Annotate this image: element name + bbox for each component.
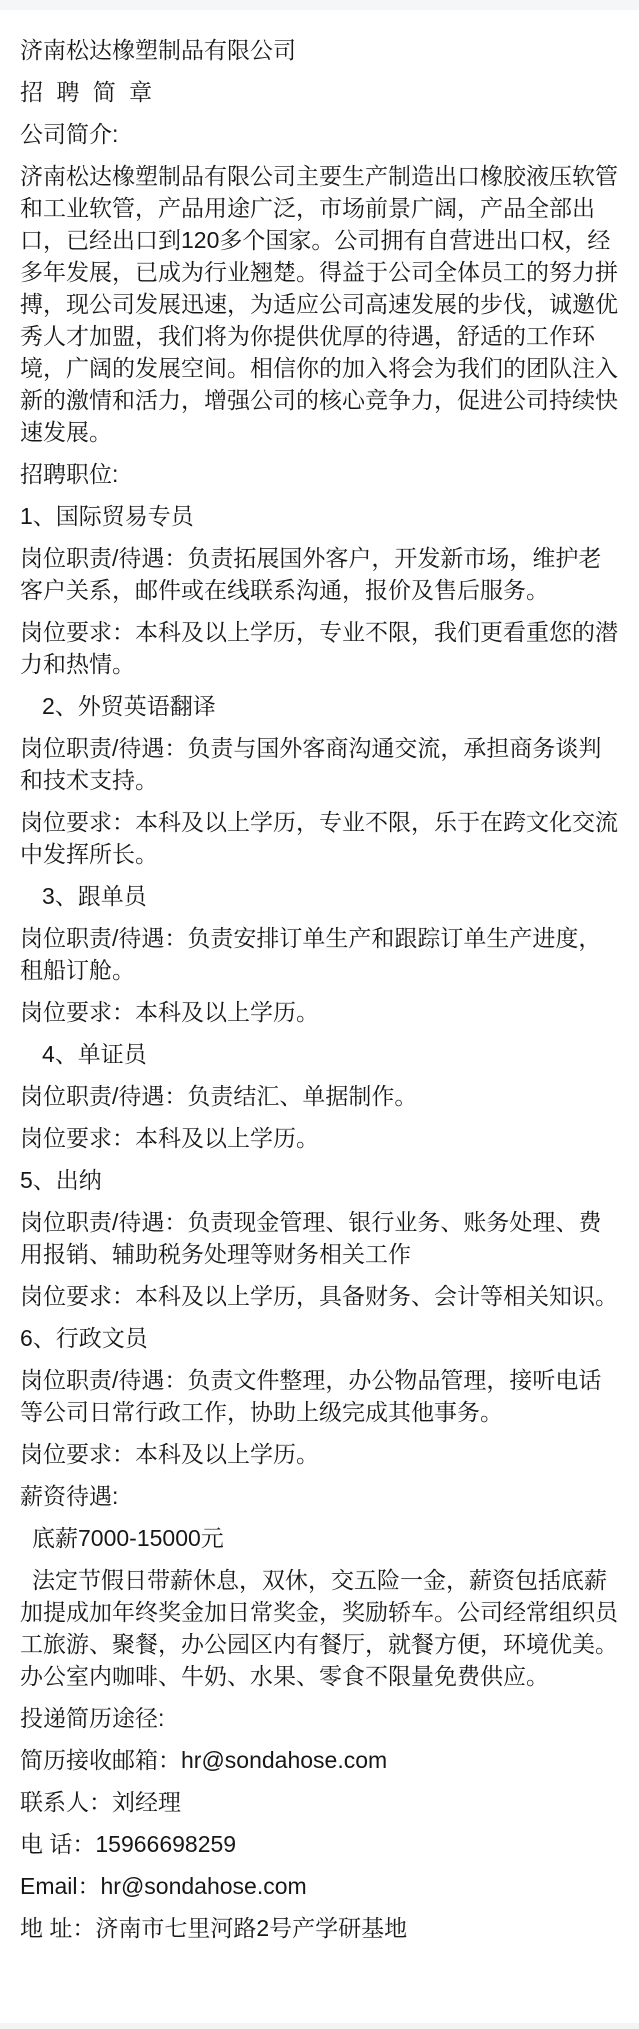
job-title: 3、跟单员 [20, 880, 619, 912]
company-name: 济南松达橡塑制品有限公司 [20, 34, 619, 66]
job-duty: 岗位职责/待遇：负责与国外客商沟通交流，承担商务谈判和技术支持。 [20, 732, 619, 796]
job-requirement: 岗位要求：本科及以上学历。 [20, 1122, 619, 1154]
resume-email-line: 简历接收邮箱：hr@sondahose.com [20, 1744, 619, 1776]
job-title: 6、行政文员 [20, 1322, 619, 1354]
job-requirement: 岗位要求：本科及以上学历，专业不限，我们更看重您的潜力和热情。 [20, 616, 619, 680]
job-listing-4: 4、单证员 岗位职责/待遇：负责结汇、单据制作。 岗位要求：本科及以上学历。 [20, 1038, 619, 1154]
job-listing-6: 6、行政文员 岗位职责/待遇：负责文件整理，办公物品管理，接听电话等公司日常行政… [20, 1322, 619, 1470]
job-requirement: 岗位要求：本科及以上学历，具备财务、会计等相关知识。 [20, 1280, 619, 1312]
job-duty: 岗位职责/待遇：负责结汇、单据制作。 [20, 1080, 619, 1112]
document-body: 济南松达橡塑制品有限公司 招 聘 简 章 公司简介: 济南松达橡塑制品有限公司主… [0, 10, 639, 1954]
job-listing-3: 3、跟单员 岗位职责/待遇：负责安排订单生产和跟踪订单生产进度，租船订舱。 岗位… [20, 880, 619, 1028]
job-duty: 岗位职责/待遇：负责现金管理、银行业务、账务处理、费用报销、辅助税务处理等财务相… [20, 1206, 619, 1270]
phone-line: 电 话：15966698259 [20, 1828, 619, 1860]
job-title: 2、外贸英语翻译 [20, 690, 619, 722]
salary-heading: 薪资待遇: [20, 1480, 619, 1512]
address-line: 地 址：济南市七里河路2号产学研基地 [20, 1912, 619, 1944]
job-requirement: 岗位要求：本科及以上学历。 [20, 1438, 619, 1470]
document-title: 招 聘 简 章 [20, 76, 619, 108]
apply-heading: 投递简历途径: [20, 1702, 619, 1734]
job-title: 4、单证员 [20, 1038, 619, 1070]
job-listing-5: 5、出纳 岗位职责/待遇：负责现金管理、银行业务、账务处理、费用报销、辅助税务处… [20, 1164, 619, 1312]
company-intro-heading: 公司简介: [20, 118, 619, 150]
job-requirement: 岗位要求：本科及以上学历。 [20, 996, 619, 1028]
job-requirement: 岗位要求：本科及以上学历，专业不限，乐于在跨文化交流中发挥所长。 [20, 806, 619, 870]
job-listing-2: 2、外贸英语翻译 岗位职责/待遇：负责与国外客商沟通交流，承担商务谈判和技术支持… [20, 690, 619, 870]
job-title: 5、出纳 [20, 1164, 619, 1196]
job-duty: 岗位职责/待遇：负责拓展国外客户，开发新市场，维护老客户关系，邮件或在线联系沟通… [20, 542, 619, 606]
job-duty: 岗位职责/待遇：负责文件整理，办公物品管理，接听电话等公司日常行政工作，协助上级… [20, 1364, 619, 1428]
job-title: 1、国际贸易专员 [20, 500, 619, 532]
top-edge-bar [0, 0, 639, 10]
positions-heading: 招聘职位: [20, 458, 619, 490]
contact-person-line: 联系人：刘经理 [20, 1786, 619, 1818]
recruitment-document-page: 济南松达橡塑制品有限公司 招 聘 简 章 公司简介: 济南松达橡塑制品有限公司主… [0, 0, 639, 2029]
company-intro-paragraph: 济南松达橡塑制品有限公司主要生产制造出口橡胶液压软管和工业软管，产品用途广泛，市… [20, 160, 619, 448]
email-line: Email：hr@sondahose.com [20, 1870, 619, 1902]
bottom-edge-bar [0, 2023, 639, 2029]
salary-base: 底薪7000-15000元 [20, 1522, 619, 1554]
salary-benefits: 法定节假日带薪休息，双休，交五险一金，薪资包括底薪加提成加年终奖金加日常奖金，奖… [20, 1564, 619, 1692]
job-duty: 岗位职责/待遇：负责安排订单生产和跟踪订单生产进度，租船订舱。 [20, 922, 619, 986]
job-listing-1: 1、国际贸易专员 岗位职责/待遇：负责拓展国外客户，开发新市场，维护老客户关系，… [20, 500, 619, 680]
